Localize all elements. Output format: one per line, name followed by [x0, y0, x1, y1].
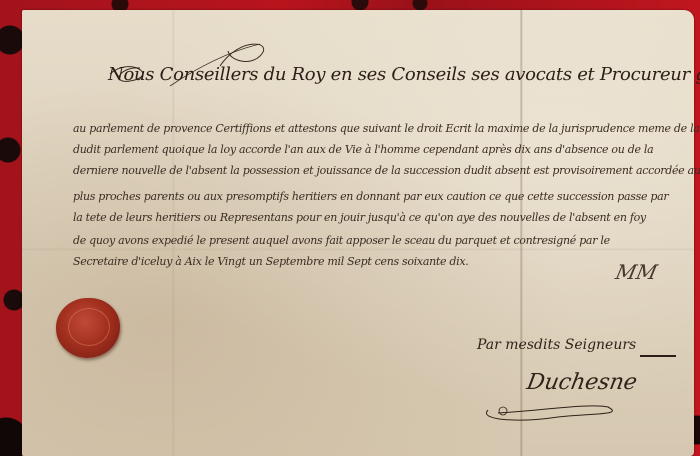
document-body-line: Secretaire d'iceluy à Aix le Vingt un Se…	[73, 255, 468, 268]
initials-mark: MM	[613, 260, 659, 284]
document-body-line: la tete de leurs heritiers ou Representa…	[73, 211, 646, 224]
document-body-line: au parlement de provence Certiffions et …	[73, 122, 700, 135]
attestation-text: Par mesdits Seigneurs	[477, 337, 636, 353]
signature-flourish-icon	[478, 385, 628, 425]
document-body-line: plus proches parents ou aux presomptifs …	[73, 190, 668, 203]
document-body-line: dudit parlement quoique la loy accorde l…	[73, 143, 653, 156]
document-body-line: de quoy avons expedié le present auquel …	[73, 234, 610, 247]
attestation-dash	[640, 355, 676, 357]
document-heading: Nous Conseillers du Roy en ses Conseils …	[108, 64, 700, 85]
seal-emblem	[68, 308, 110, 346]
document-body-line: derniere nouvelle de l'absent la possess…	[73, 164, 700, 177]
wax-seal-icon	[56, 298, 120, 358]
